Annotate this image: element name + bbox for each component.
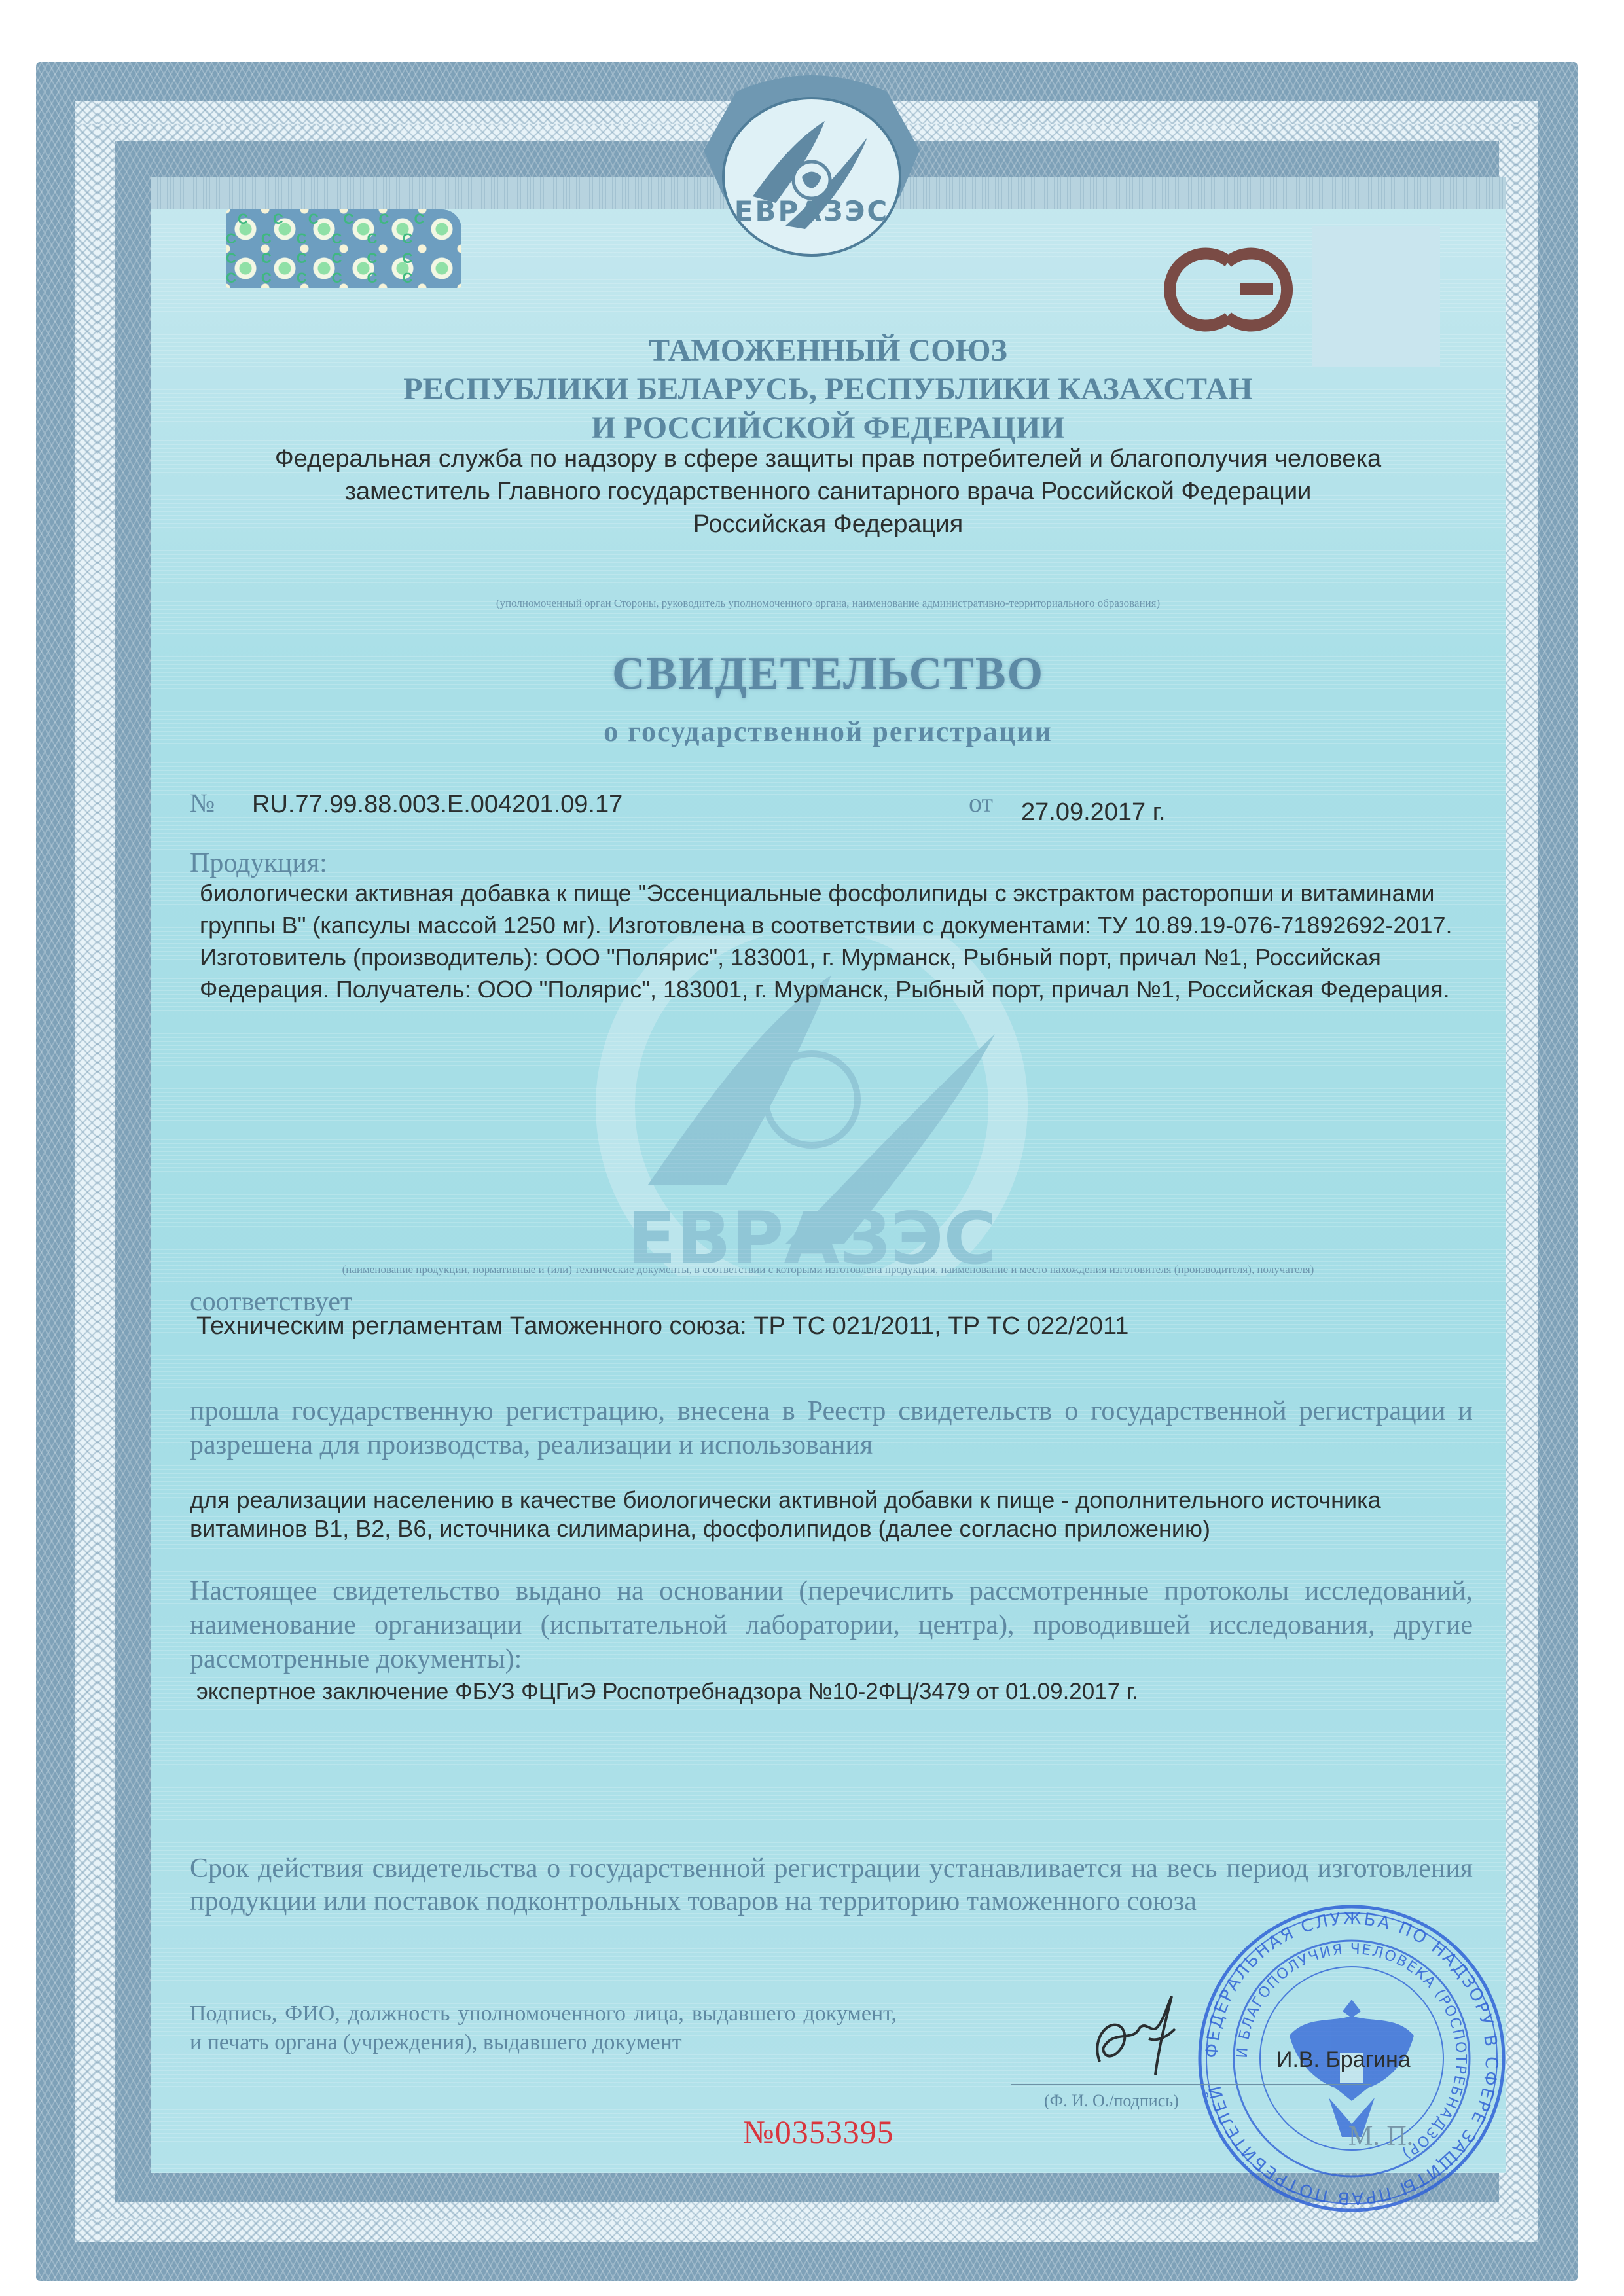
eurasec-emblem-icon — [677, 65, 946, 262]
certificate-number: RU.77.99.88.003.Е.004201.09.17 — [252, 791, 623, 819]
signature-label: Подпись, ФИО, должность уполномоченного … — [190, 2000, 897, 2057]
conformity-regulations: Техническим регламентам Таможенного союз… — [196, 1312, 1128, 1340]
certificate-date: 27.09.2017 г. — [1021, 798, 1166, 827]
authority-line-1: Федеральная служба по надзору в сфере за… — [151, 445, 1506, 473]
union-title-line-3: И РОССИЙСКОЙ ФЕДЕРАЦИИ — [151, 410, 1506, 446]
signature-caption: (Ф. И. О./подпись) — [1044, 2091, 1179, 2111]
union-title-line-2: РЕСПУБЛИКИ БЕЛАРУСЬ, РЕСПУБЛИКИ КАЗАХСТА… — [151, 371, 1506, 407]
conformity-mark-icon — [1155, 245, 1296, 334]
hologram-c-icon: CCCCCCCCCCCCCCCCCCCCCCCCCCCCCCCC — [226, 209, 461, 288]
signer-name: И.В. Брагина — [1276, 2047, 1411, 2073]
product-caption: (наименование продукции, нормативные и (… — [167, 1263, 1489, 1276]
document-subtitle: о государственной регистрации — [151, 715, 1506, 748]
seal-place-label: М. П. — [1348, 2121, 1413, 2152]
registration-statement: прошла государственную регистрацию, внес… — [190, 1394, 1473, 1462]
usage-scope: для реализации населению в качестве биол… — [190, 1486, 1473, 1543]
product-label: Продукция: — [190, 848, 327, 879]
handwritten-signature-icon — [1087, 1990, 1204, 2081]
product-description: биологически активная добавка к пище "Эс… — [200, 877, 1483, 1005]
union-title-line-1: ТАМОЖЕННЫЙ СОЮЗ — [151, 332, 1506, 368]
document-title: СВИДЕТЕЛЬСТВО — [151, 648, 1506, 700]
number-label: № — [190, 787, 215, 818]
authority-caption: (уполномоченный орган Стороны, руководит… — [151, 597, 1506, 610]
authority-line-2: заместитель Главного государственного са… — [151, 478, 1506, 506]
basis-document: экспертное заключение ФБУЗ ФЦГиЭ Роспотр… — [196, 1679, 1138, 1705]
authority-line-3: Российская Федерация — [151, 511, 1506, 539]
form-serial-number: №0353395 — [743, 2113, 894, 2151]
eurasec-emblem-label: ЕВРАЗЭС — [681, 195, 943, 227]
signature-line — [1011, 2084, 1371, 2085]
basis-label: Настоящее свидетельство выдано на основа… — [190, 1574, 1473, 1676]
date-label: от — [969, 787, 993, 818]
